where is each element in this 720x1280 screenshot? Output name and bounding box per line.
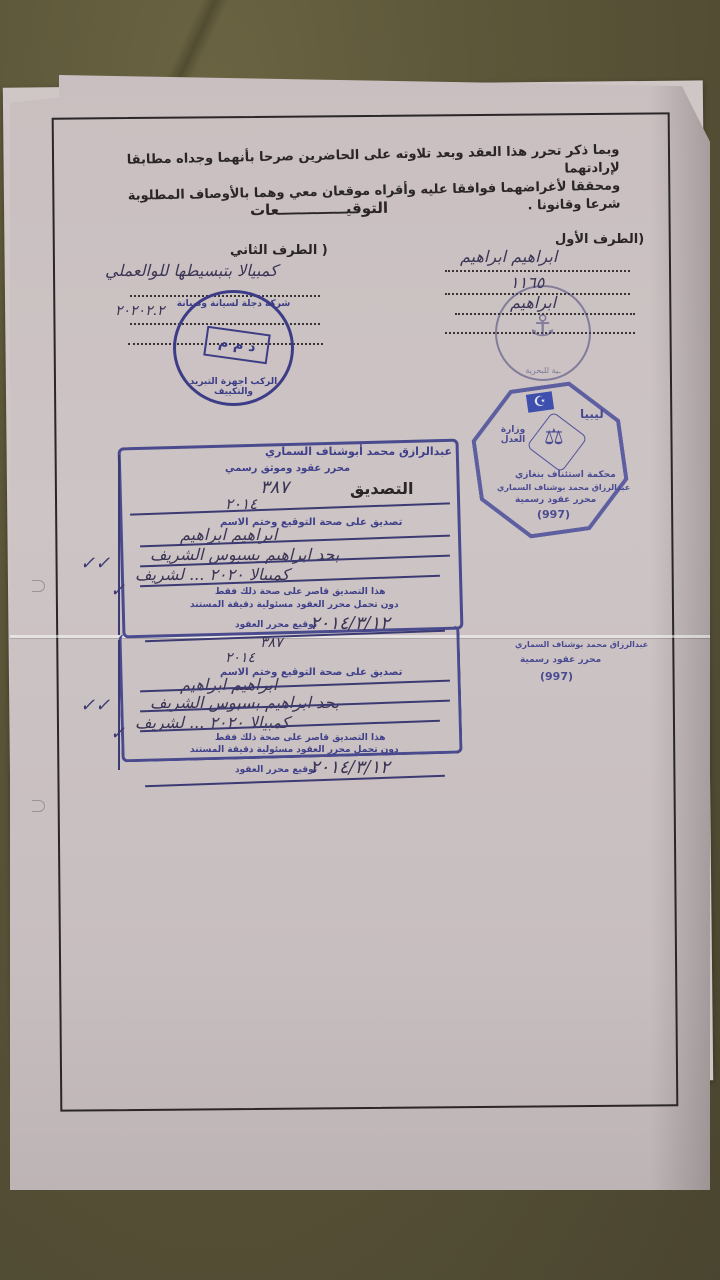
cert-disclaimer-1: هذا التصديق قاصر على صحة ذلك فقط (215, 733, 386, 743)
punch-hole (32, 580, 45, 592)
cert-notary-name: عبدالرازق محمد أبوشناف السماري (265, 445, 452, 458)
cert-disclaimer-2: دون تحمل محرر العقود مسئولية دقيقة المست… (190, 600, 399, 610)
second-party-handwritten-name: كمبيالا بتبسيطها للوالعملي (105, 261, 278, 280)
stamp-court: محكمة استئناف بنغازي (515, 470, 616, 480)
signature-line (445, 270, 630, 272)
cert-disclaimer-2: دون تحمل محرر العقود مسئولية دقيقة المست… (190, 745, 399, 755)
stamp-title: محرر عقود رسمية (520, 655, 601, 665)
document-page: وبما ذكر تحرر هذا العقد وبعد تلاوته على … (10, 75, 710, 1190)
check-mark-icon: ✓ (110, 580, 125, 601)
stamp-ministry: وزارة العدل (493, 425, 533, 445)
stamp-title: محرر عقود رسمية (515, 495, 596, 505)
first-party-label: (الطرف الأول (555, 232, 644, 247)
cert-reference-number: ٣٨٧ (260, 635, 283, 651)
stamp-bottom-text: الركب اجهزة التبريد والتكييف (176, 377, 291, 397)
margin-line (118, 640, 120, 770)
faded-round-stamp: ⚓ ـية للبحرية (495, 285, 591, 381)
anchor-icon: ⚓ (529, 309, 556, 344)
stamp-bottom-text: ـية للبحرية (497, 366, 589, 375)
cert-reference-number: ٣٨٧ (260, 477, 289, 498)
stamp-top-text: شركة دجلة لسيانة وصيانة (176, 299, 291, 309)
signatures-heading: التوقيـــــــــــــعات (250, 199, 388, 219)
scales-of-justice-icon: ⚖ (544, 425, 564, 450)
stamp-notary-name: عبدالرزاق محمد بوشناف السماري (515, 640, 648, 649)
cert-handwritten-line: ابراهيم ابراهيم (180, 675, 277, 694)
cert-notary-title: محرر عقود وموثق رسمي (225, 463, 350, 474)
first-party-handwritten-name: ابراهيم ابراهيم (460, 247, 557, 266)
second-party-label: ( الطرف الثاني (230, 243, 328, 258)
stamp-country: ليبيا (580, 407, 604, 421)
check-mark-icon: ✓✓ (80, 553, 110, 574)
cert-disclaimer-1: هذا التصديق قاصر على صحة ذلك فقط (215, 587, 386, 597)
cert-signature-label: توقيع محرر العقود (235, 765, 317, 775)
check-mark-icon: ✓ (110, 723, 125, 744)
cert-year: ٢٠١٤ (225, 650, 255, 666)
margin-line (118, 455, 120, 635)
cert-heading: التصديق (350, 479, 413, 498)
cert-signature-label: توقيع محرر العقود (235, 620, 317, 630)
stamp-notary-name: عبدالرزاق محمد بوشناف السماري (497, 483, 630, 492)
libya-flag-icon: ☪ (526, 391, 554, 412)
stamp-number: (997) (540, 670, 573, 683)
check-mark-icon: ✓✓ (80, 695, 110, 716)
stamp-number: (997) (537, 508, 570, 521)
punch-hole (32, 800, 45, 812)
second-party-handwritten-line2: ٢٠٢٠٢.٢ (115, 303, 165, 319)
cert-handwritten-date: ٢٠١٤/٣/١٢ (310, 757, 390, 778)
